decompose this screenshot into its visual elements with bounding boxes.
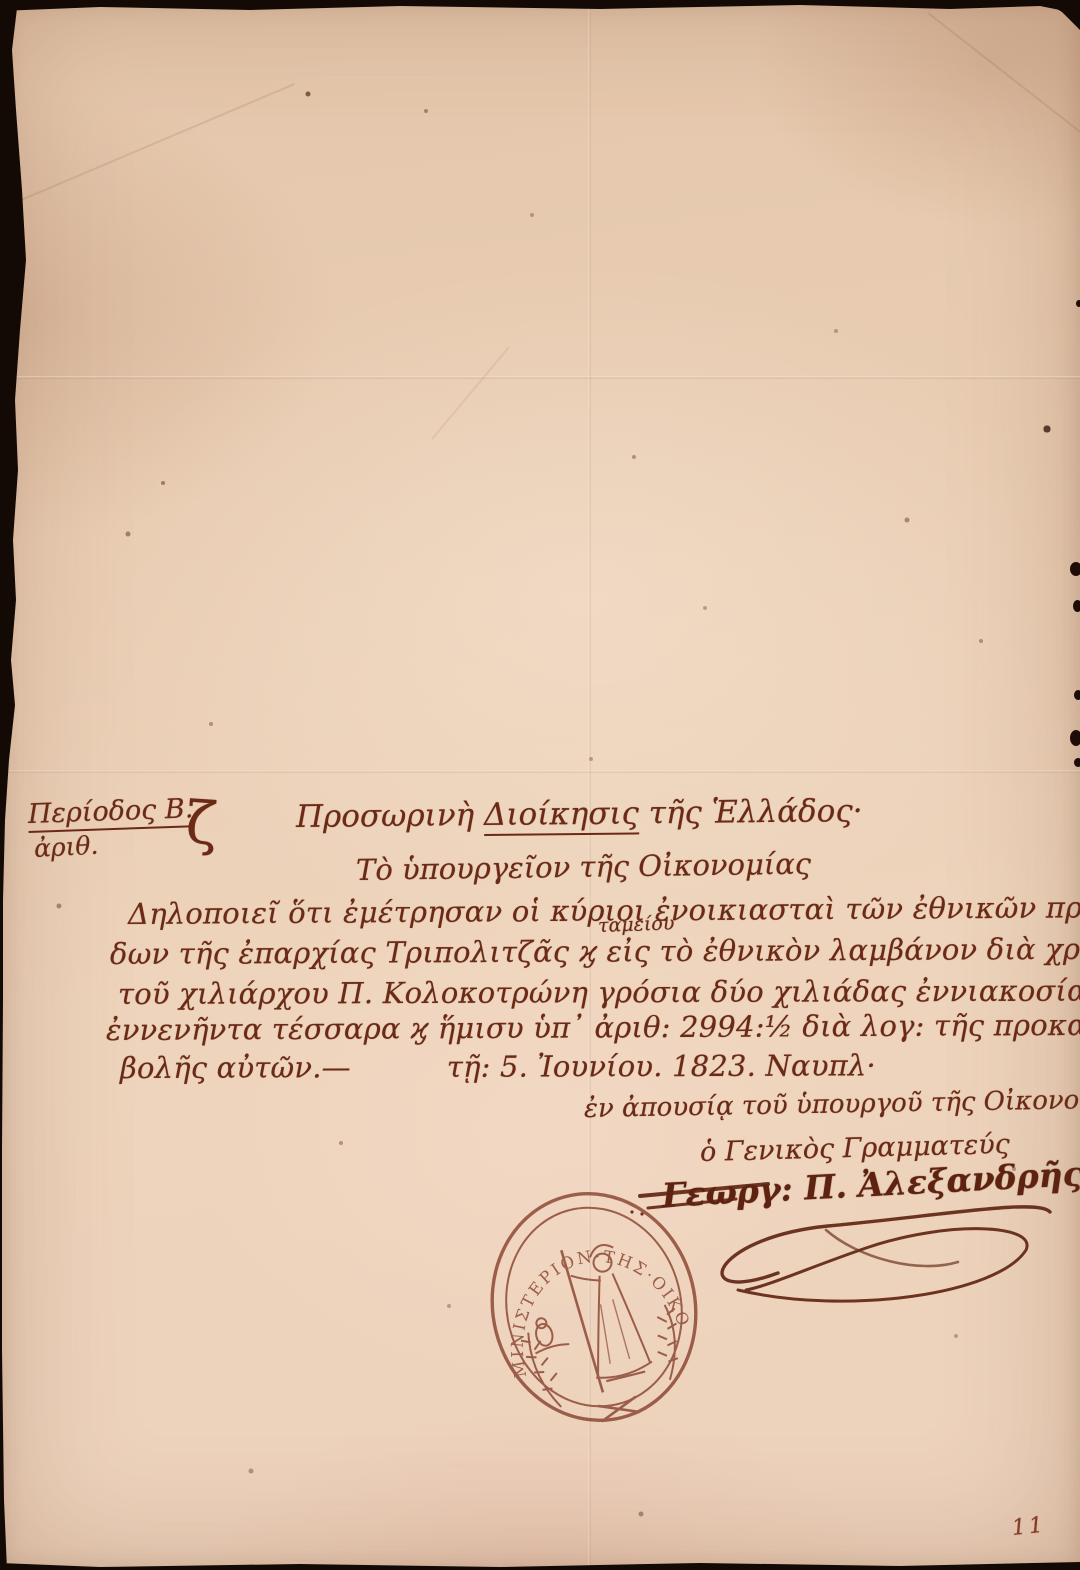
torn-edge-right-blob [1070, 562, 1080, 576]
fold-crease-horizontal-middle [0, 770, 1080, 773]
document-title: Προσωρινὴ Διοίκησις τῆς Ἑλλάδος· [296, 793, 863, 835]
stamp-owl [528, 1313, 570, 1353]
document-scan: Περίοδος Β. ἀριθ. ζ Προσωρινὴ Διοίκησις … [0, 0, 1080, 1570]
stamp-laurel-branches [520, 1297, 697, 1436]
body-line-5-left: βολῆς αὐτῶν.— [120, 1050, 351, 1085]
interlinear-insertion: ταμείου [598, 912, 675, 937]
body-line-4: ἐννενῆντα τέσσαρα ϗ ἥμισυ ὑπ᾽ ἀριθ: 2994… [106, 1008, 1080, 1047]
ministry-subtitle: Τὸ ὑπουργεῖον τῆς Οἰκονομίας [356, 847, 811, 887]
title-pre: Προσωρινὴ [296, 797, 484, 835]
body-line-2: δων τῆς ἐπαρχίας Τριπολιτζᾶς ϗ εἰς τὸ ἐθ… [110, 932, 1080, 971]
ministry-stamp: ΜΙΝΙΣΤΕΡΙΟΝ·ΤΗΣ·ΟΙΚΟΝΟΜΙΑΣ [476, 1186, 712, 1428]
torn-edge-right-blob [1074, 758, 1080, 767]
margin-note-period: Περίοδος Β. [27, 793, 193, 833]
title-post: τῆς Ἑλλάδος· [639, 793, 863, 831]
torn-edge-right-blob [1074, 690, 1080, 700]
fold-crease-horizontal-upper [0, 376, 1080, 379]
body-line-5-dateline: βολῆς αὐτῶν.—τῇ: 5. Ἰουνίου. 1823. Ναυπλ… [120, 1048, 876, 1085]
margin-note-number: ἀριθ. [33, 831, 99, 863]
dateline-date: τῇ: 5. Ἰουνίου. 1823. Ναυπλ· [447, 1048, 876, 1083]
torn-edge-right-blob [1073, 600, 1080, 612]
title-underlined-word: Διοίκησις [484, 795, 639, 836]
dust-speckles [0, 0, 2, 2]
body-line-3: τοῦ χιλιάρχου Π. Κολοκοτρώνη γρόσια δύο … [118, 974, 1080, 1011]
torn-edge-right-blob [1070, 730, 1080, 746]
margin-note-brace: ζ [184, 788, 220, 858]
page-number: 11 [1011, 1513, 1047, 1541]
torn-edge-right-blob [1076, 300, 1080, 307]
